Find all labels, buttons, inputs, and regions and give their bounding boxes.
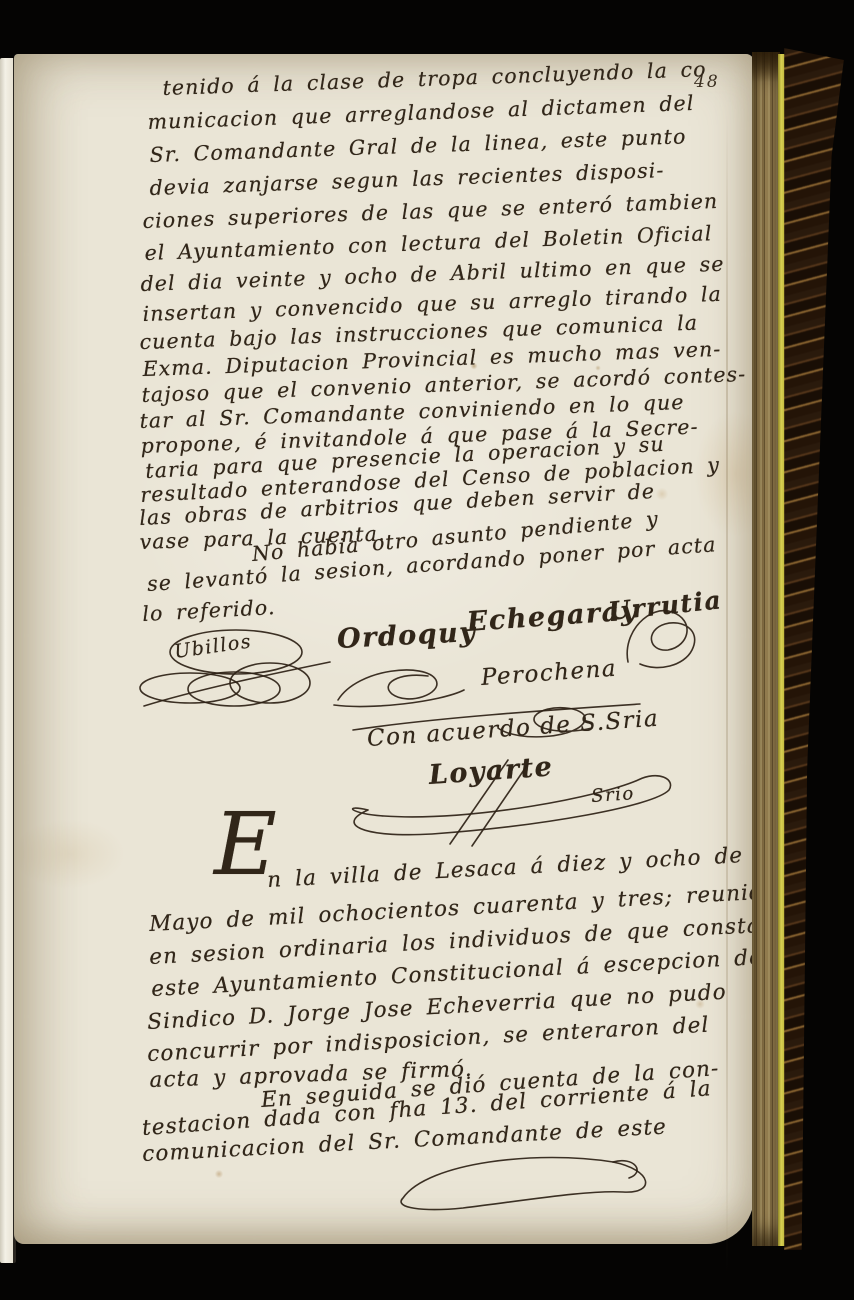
marbled-cover-edge [784,48,852,1250]
closing-rubric-flourish [388,1146,670,1228]
page-crease [726,114,728,1274]
loyarte-rubric-flourish [322,752,684,848]
ubillos-rubric-flourish [132,626,344,718]
page-edges-stack [752,52,780,1246]
urrutia-rubric-flourish [620,600,716,678]
photographed-book: 48 tenido á la clase de tropa concluyend… [0,0,854,1300]
book-fore-edge [752,48,854,1250]
